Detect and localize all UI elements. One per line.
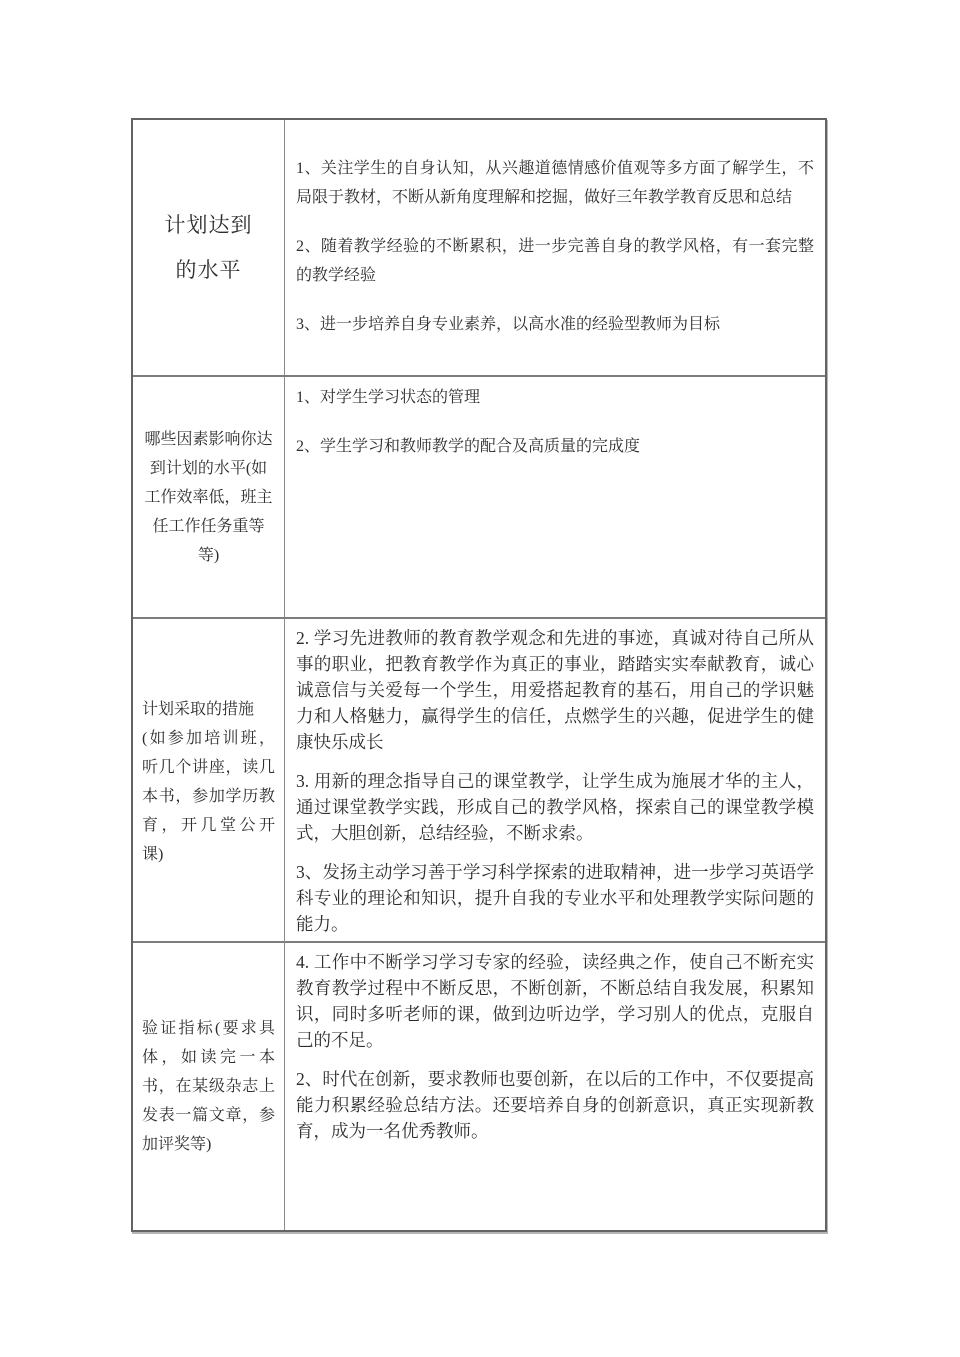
row-header-label: 哪些因素影响你达到计划的水平(如工作效率低，班主任工作任务重等等) xyxy=(142,425,275,570)
row-header-cell: 计划采取的措施 (如参加培训班，听几个讲座，读几本书，参加学历教育，开几堂公开课… xyxy=(133,619,285,945)
table-row-verification-indicators: 验证指标(要求具体，如读完一本书，在某级杂志上发表一篇文章，参加评奖等) 4. … xyxy=(133,941,825,1230)
row-body-cell: 4. 工作中不断学习学习专家的经验，读经典之作，使自己不断充实教育教学过程中不断… xyxy=(285,943,825,1230)
row-header-label: 验证指标(要求具体，如读完一本书，在某级杂志上发表一篇文章，参加评奖等) xyxy=(142,1014,275,1159)
table-row-influencing-factors: 哪些因素影响你达到计划的水平(如工作效率低，班主任工作任务重等等) 1、对学生学… xyxy=(133,375,825,617)
paragraph: 3. 用新的理念指导自己的课堂教学，让学生成为施展才华的主人，通过课堂教学实践，… xyxy=(296,768,814,846)
paragraph: 1、关注学生的自身认知，从兴趣道德情感价值观等多方面了解学生，不局限于教材，不断… xyxy=(296,154,814,212)
document-page: 计划达到 的水平 1、关注学生的自身认知，从兴趣道德情感价值观等多方面了解学生，… xyxy=(0,0,960,1357)
plan-table: 计划达到 的水平 1、关注学生的自身认知，从兴趣道德情感价值观等多方面了解学生，… xyxy=(131,118,827,1232)
paragraph: 3、进一步培养自身专业素养，以高水准的经验型教师为目标 xyxy=(296,310,814,339)
paragraph: 2、随着教学经验的不断累积，进一步完善自身的教学风格，有一套完整的教学经验 xyxy=(296,232,814,290)
paragraph: 4. 工作中不断学习学习专家的经验，读经典之作，使自己不断充实教育教学过程中不断… xyxy=(296,949,814,1053)
table-row-planned-measures: 计划采取的措施 (如参加培训班，听几个讲座，读几本书，参加学历教育，开几堂公开课… xyxy=(133,617,825,941)
paragraph: 1、对学生学习状态的管理 xyxy=(296,383,814,412)
row-header-cell: 计划达到 的水平 xyxy=(133,120,285,375)
row-body-cell: 1、对学生学习状态的管理 2、学生学习和教师教学的配合及高质量的完成度 xyxy=(285,377,825,617)
row-body-cell: 2. 学习先进教师的教育教学观念和先进的事迹，真诚对待自己所从事的职业，把教育教… xyxy=(285,619,825,945)
row-body-cell: 1、关注学生的自身认知，从兴趣道德情感价值观等多方面了解学生，不局限于教材，不断… xyxy=(285,120,825,375)
row-header-label: 计划达到 的水平 xyxy=(165,203,253,293)
paragraph: 3、发扬主动学习善于学习科学探索的进取精神，进一步学习英语学科专业的理论和知识，… xyxy=(296,859,814,937)
paragraph: 2. 学习先进教师的教育教学观念和先进的事迹，真诚对待自己所从事的职业，把教育教… xyxy=(296,625,814,755)
paragraph: 2、时代在创新，要求教师也要创新，在以后的工作中，不仅要提高能力积累经验总结方法… xyxy=(296,1066,814,1144)
row-header-cell: 验证指标(要求具体，如读完一本书，在某级杂志上发表一篇文章，参加评奖等) xyxy=(133,943,285,1230)
row-header-label: 计划采取的措施 (如参加培训班，听几个讲座，读几本书，参加学历教育，开几堂公开课… xyxy=(142,695,275,869)
table-row-planned-level: 计划达到 的水平 1、关注学生的自身认知，从兴趣道德情感价值观等多方面了解学生，… xyxy=(133,120,825,375)
row-header-cell: 哪些因素影响你达到计划的水平(如工作效率低，班主任工作任务重等等) xyxy=(133,377,285,617)
paragraph: 2、学生学习和教师教学的配合及高质量的完成度 xyxy=(296,432,814,461)
